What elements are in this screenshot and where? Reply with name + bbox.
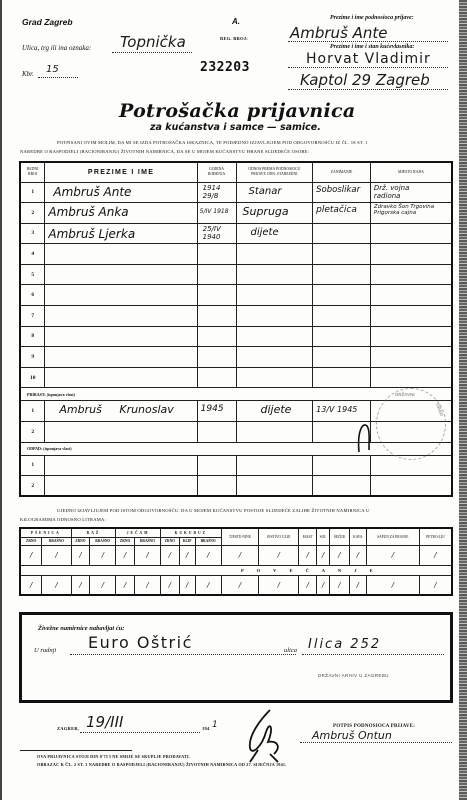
workplace-cell[interactable]: Drž. vojna radiona [370, 182, 452, 203]
supply-cell[interactable]: / [366, 545, 419, 565]
sub-grain: ZRNO [71, 537, 90, 545]
table-row: 1 Ambruš Ante 1914 29/8 Stanar Soboslika… [20, 182, 452, 203]
group-wheat: PŠENICA [20, 528, 71, 537]
relation-cell[interactable] [236, 347, 313, 368]
birth-cell[interactable] [197, 476, 236, 497]
applicant-label: Prezime i ime podnosioca prijave: [330, 15, 414, 21]
table-row: 6 [20, 285, 452, 306]
occupation-cell[interactable]: pletačica [313, 203, 371, 224]
relation-cell[interactable]: dijete [236, 401, 313, 422]
relation-cell[interactable]: dijete [236, 223, 313, 244]
signature-value[interactable]: Ambruš Ontun [312, 729, 392, 742]
supply-cell[interactable]: / [161, 545, 180, 565]
occupation-cell[interactable] [313, 244, 371, 265]
increase-cell[interactable]: / [116, 575, 135, 595]
table-row: 7 [20, 306, 452, 327]
header-workplace: MJESTO RADA [370, 162, 452, 182]
birth-cell[interactable]: 1945 [197, 401, 236, 422]
increase-cell[interactable]: / [20, 575, 42, 595]
group-barley: JEČAM [116, 528, 161, 537]
increase-cell[interactable]: / [195, 575, 221, 595]
header-name: PREZIME I IME [45, 162, 197, 182]
header-relation: ODNOS PREMA PODNOSIOCUPRIJAVE ODN. STARE… [236, 162, 313, 182]
birth-cell[interactable] [197, 306, 236, 327]
workplace-cell[interactable]: Zdravko Šon Trgovina Prigorska cajna [370, 203, 452, 224]
birth-cell[interactable] [197, 264, 236, 285]
name-cell[interactable] [45, 285, 197, 306]
supply-cell[interactable]: / [116, 545, 135, 565]
table-row: 4 [20, 244, 452, 265]
supply-cell[interactable]: / [317, 545, 330, 565]
table-row: 10 [20, 367, 452, 388]
workplace-cell[interactable] [370, 367, 452, 388]
row-number: 2 [20, 203, 45, 224]
increase-cell[interactable]: / [299, 575, 317, 595]
shop-heading: Živežne namirnice nabavljat ću: [38, 625, 124, 632]
increase-cell[interactable]: / [90, 575, 116, 595]
name-cell[interactable] [45, 326, 197, 347]
name-cell[interactable] [45, 347, 197, 368]
col-soap: SAPUN ZA PRANJE [366, 528, 419, 545]
increase-cell[interactable]: / [221, 575, 259, 595]
pen-mark-icon [355, 420, 375, 454]
increase-cell[interactable]: / [179, 575, 195, 595]
sub-flour: BRAŠNO [134, 537, 160, 545]
group-rye: RAŽ [71, 528, 116, 537]
owner-name-line [288, 67, 448, 68]
owner-address[interactable]: Kaptol 29 Zagreb [300, 71, 430, 89]
row-number: 2 [20, 476, 45, 497]
supplies-value-row: / / / / / / / / / / / / / / / / / [20, 545, 452, 565]
name-cell[interactable]: Ambruš Anka [45, 203, 197, 224]
col-coffee: KAVA [349, 528, 366, 545]
date-line [80, 732, 200, 733]
birth-cell[interactable] [197, 422, 236, 443]
occupation-cell[interactable] [313, 476, 371, 497]
occupation-cell[interactable] [313, 367, 371, 388]
workplace-cell[interactable] [370, 306, 452, 327]
sub-grain: ZRNO [20, 537, 42, 545]
workplace-cell[interactable] [370, 264, 452, 285]
relation-cell[interactable]: Supruga [236, 203, 313, 224]
sub-flour: BRAŠNO [90, 537, 116, 545]
supply-cell[interactable]: / [195, 545, 221, 565]
name-cell[interactable]: Ambruš Krunoslav [45, 401, 197, 422]
row-number: 3 [20, 223, 45, 244]
col-salt: SOL [317, 528, 330, 545]
table-row: 2 Ambruš Anka 5/IV 1918 Supruga pletačic… [20, 203, 452, 224]
occupation-cell[interactable] [313, 306, 371, 327]
increase-cell[interactable]: / [71, 575, 90, 595]
occupation-cell[interactable] [313, 455, 371, 476]
occupation-cell[interactable] [313, 285, 371, 306]
table-row: 3 Ambruš Ljerka 25/IV 1940 dijete [20, 223, 452, 244]
footnote-form-ref: OBRAZAC K ČL. 2 ST. 3 NAREDBE O RASPODJE… [37, 762, 286, 767]
birth-cell[interactable] [197, 347, 236, 368]
supplies-increase-label-row: P O V E Ć A N J E [20, 565, 452, 575]
increase-cell[interactable]: / [134, 575, 160, 595]
footnote-price: OVA PRIJAVNICA STOJI DIN 0'75 I NE SMIJE… [37, 754, 190, 759]
footnote-divider [20, 750, 132, 751]
supply-cell[interactable]: / [329, 545, 349, 565]
col-oil: JESTIVO ULJE [259, 528, 299, 545]
row-number: 10 [20, 367, 45, 388]
header-birth: GODINAROĐENJA [197, 162, 236, 182]
sub-grain: ZRNO [161, 537, 180, 545]
shop-street-label: ulica [284, 647, 297, 654]
name-cell[interactable] [45, 264, 197, 285]
increase-cell[interactable]: / [366, 575, 419, 595]
row-number: 5 [20, 264, 45, 285]
name-cell[interactable] [45, 244, 197, 265]
sub-flour: BRAŠNO [42, 537, 71, 545]
increase-cell[interactable]: / [419, 575, 452, 595]
increase-cell[interactable]: / [329, 575, 349, 595]
relation-cell[interactable] [236, 285, 313, 306]
increase-cell[interactable]: / [259, 575, 299, 595]
birth-cell[interactable] [197, 367, 236, 388]
supply-cell[interactable]: / [134, 545, 160, 565]
reg-number: 232203 [200, 60, 250, 75]
birth-cell[interactable] [197, 244, 236, 265]
relation-cell[interactable] [236, 244, 313, 265]
name-cell[interactable] [45, 455, 197, 476]
name-cell[interactable] [45, 422, 197, 443]
owner-address-line [288, 89, 448, 90]
header-occupation: ZANIMANJE [313, 162, 371, 182]
form-title: Potrošačka prijavnica [119, 100, 356, 122]
row-number: 1 [20, 455, 45, 476]
birth-cell[interactable] [197, 455, 236, 476]
occupation-cell[interactable]: Soboslikar [313, 182, 371, 203]
relation-cell[interactable] [236, 422, 313, 443]
occupation-cell[interactable] [313, 326, 371, 347]
increase-cell[interactable]: / [161, 575, 180, 595]
birth-cell[interactable]: 5/IV 1918 [197, 203, 236, 224]
relation-cell[interactable] [236, 264, 313, 285]
scan-edge-right [459, 0, 467, 800]
declaration-line-2: NAREDBE O RASPODJELI (RACIONIRANJU) ŽIVO… [20, 149, 309, 154]
sub-cob: KLIP [179, 537, 195, 545]
supply-cell[interactable]: / [259, 545, 299, 565]
workplace-cell[interactable] [370, 285, 452, 306]
birth-cell[interactable] [197, 326, 236, 347]
street-label: Ulica, trg ili ina oznaka: [22, 44, 91, 52]
group-corn: KUKURUZ [161, 528, 222, 537]
reg-label: REG. BROJ: [220, 36, 248, 41]
name-cell[interactable] [45, 476, 197, 497]
owner-label: Prezime i ime i stan kućevlasnika: [330, 44, 415, 50]
house-no-label: Kbr. [22, 70, 34, 78]
decrease-row: 1 [20, 455, 452, 476]
increase-cell[interactable]: / [349, 575, 366, 595]
house-no-value[interactable]: 15 [46, 64, 59, 75]
persons-header-row: REDNIBROJ PREZIME I IME GODINAROĐENJA OD… [20, 162, 452, 182]
shop-box: Živežne namirnice nabavljat ću: U radnji… [19, 612, 453, 703]
row-number: 7 [20, 306, 45, 327]
name-cell[interactable] [45, 306, 197, 327]
header-no: REDNIBROJ [20, 162, 45, 182]
year-suffix[interactable]: 1 [212, 720, 218, 730]
col-sugar: ŠEĆER [329, 528, 349, 545]
relation-cell[interactable]: Stanar [236, 182, 313, 203]
name-cell[interactable] [45, 367, 197, 388]
supply-cell[interactable]: / [90, 545, 116, 565]
form-subtitle: za kućanstva i samce — samice. [150, 122, 321, 133]
workplace-cell[interactable] [370, 326, 452, 347]
row-number: 2 [20, 422, 45, 443]
col-pasta: TJESTE-NINE [221, 528, 259, 545]
official-signature-icon [240, 706, 286, 764]
official-round-stamp: DRŽAVNI GRAD [376, 388, 446, 460]
row-number: 9 [20, 347, 45, 368]
shop-street-value[interactable]: Ilica 252 [308, 637, 381, 652]
birth-cell[interactable]: 1914 29/8 [197, 182, 236, 203]
date-value[interactable]: 19/III [86, 713, 123, 731]
occupation-cell[interactable] [313, 264, 371, 285]
row-number: 6 [20, 285, 45, 306]
city-label: Grad Zagreb [22, 17, 73, 27]
supplies-declaration-line-2: KILOGRAMIMA ODNOSNO LITRAMA: [20, 517, 106, 522]
supply-cell[interactable]: / [419, 545, 452, 565]
supply-cell[interactable]: / [20, 545, 42, 565]
increase-label: P O V E Ć A N J E [20, 565, 452, 575]
supply-cell[interactable]: / [42, 545, 71, 565]
row-number: 1 [20, 401, 45, 422]
shop-value[interactable]: Euro Oštrić [88, 633, 193, 652]
row-number: 4 [20, 244, 45, 265]
applicant-value[interactable]: Ambruš Ante [290, 24, 388, 42]
supplies-declaration-line-1: UJEDNO IZJAVLJUJEM POD ISTOM ODGOVORNOŠĆ… [57, 508, 369, 513]
birth-cell[interactable] [197, 285, 236, 306]
occupation-cell[interactable]: 13/V 1945 [313, 401, 371, 422]
street-line [112, 52, 192, 53]
workplace-cell[interactable] [370, 476, 452, 497]
workplace-cell[interactable] [370, 244, 452, 265]
supplies-increase-row: / / / / / / / / / / / / / / / / / [20, 575, 452, 595]
relation-cell[interactable] [236, 367, 313, 388]
row-number: 8 [20, 326, 45, 347]
workplace-cell[interactable] [370, 347, 452, 368]
relation-cell[interactable] [236, 326, 313, 347]
supply-cell[interactable]: / [299, 545, 317, 565]
supply-cell[interactable]: / [71, 545, 90, 565]
occupation-cell[interactable] [313, 223, 371, 244]
birth-cell[interactable]: 25/IV 1940 [197, 223, 236, 244]
increase-cell[interactable]: / [42, 575, 71, 595]
street-value[interactable]: Topnička [120, 33, 186, 51]
supply-cell[interactable]: / [179, 545, 195, 565]
table-row: 8 [20, 326, 452, 347]
supply-cell[interactable]: / [221, 545, 259, 565]
col-petroleum: PETRO-LEJ [419, 528, 452, 545]
shop-label: U radnji [34, 647, 56, 654]
decrease-row: 2 [20, 476, 452, 497]
supplies-group-row: PŠENICA RAŽ JEČAM KUKURUZ TJESTE-NINE JE… [20, 528, 452, 537]
increase-cell[interactable]: / [317, 575, 330, 595]
supplies-table: PŠENICA RAŽ JEČAM KUKURUZ TJESTE-NINE JE… [19, 527, 453, 596]
document-page: Grad Zagreb A. Ulica, trg ili ina oznaka… [0, 0, 467, 800]
name-cell[interactable]: Ambruš Ante [45, 182, 197, 203]
workplace-cell[interactable] [370, 223, 452, 244]
table-row: 5 [20, 264, 452, 285]
col-lard: MAST [299, 528, 317, 545]
sub-flour: BRAŠNO [195, 537, 221, 545]
declaration-line-1: POTPISANI OVIM MOLIM, DA MI SE IZDA POTR… [57, 140, 368, 145]
archive-stamp: DRŽAVNI ARHIV U ZAGREBU [318, 673, 389, 678]
house-no-line [38, 77, 78, 78]
row-number: 1 [20, 182, 45, 203]
occupation-cell[interactable] [313, 347, 371, 368]
table-row: 9 [20, 347, 452, 368]
sub-grain: ZRNO [116, 537, 135, 545]
owner-name[interactable]: Horvat Vladimir [306, 51, 431, 67]
relation-cell[interactable] [236, 306, 313, 327]
shop-line [70, 654, 296, 655]
year-prefix: 194 [202, 726, 210, 731]
name-cell[interactable]: Ambruš Ljerka [45, 223, 197, 244]
place-label: ZAGREB, [57, 726, 79, 731]
scan-edge-left [0, 0, 2, 800]
signature-line [300, 742, 452, 743]
shop-street-line [302, 654, 444, 655]
relation-cell[interactable] [236, 476, 313, 497]
relation-cell[interactable] [236, 455, 313, 476]
form-letter: A. [232, 17, 240, 26]
supply-cell[interactable]: / [349, 545, 366, 565]
